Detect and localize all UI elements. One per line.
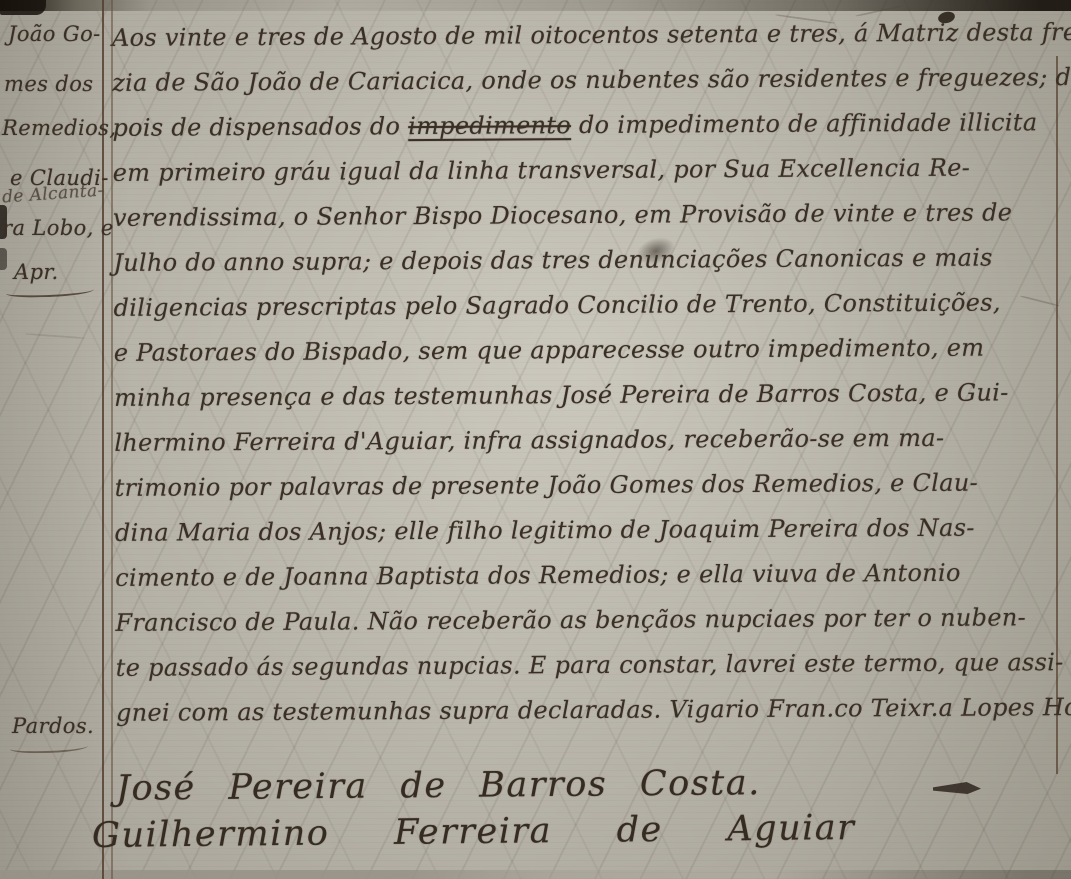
- record-line-03: pois de dispensados do impedimento do im…: [112, 108, 1062, 159]
- signature-witness-1: José Pereira de Barros Costa.: [116, 763, 761, 809]
- scanned-marriage-record-page: João Go- mes dos Remedios, e Claudi- de …: [0, 0, 1071, 879]
- margin-note-pardos: Pardos.: [12, 714, 94, 738]
- margin-note-groom: João Go-: [8, 22, 101, 46]
- margin-note-bride: Apr.: [14, 260, 59, 284]
- record-line-03-crossed-out-word: impedimento: [408, 111, 571, 140]
- margin-column: João Go- mes dos Remedios, e Claudi- de …: [0, 0, 102, 879]
- record-line-04: em primeiro gráu igual da linha transver…: [113, 153, 1063, 204]
- record-line-06: Julho do anno supra; e depois das tres d…: [113, 243, 1063, 294]
- record-line-05: verendissima, o Senhor Bispo Diocesano, …: [113, 198, 1063, 249]
- record-line-07: diligencias prescriptas pelo Sagrado Con…: [113, 288, 1063, 339]
- record-line-03-prefix: pois de dispensados do: [112, 112, 408, 142]
- record-line-11: trimonio por palavras de presente João G…: [115, 468, 1065, 519]
- scan-top-edge: [0, 0, 1071, 11]
- record-line-10: lhermino Ferreira d'Aguiar, infra assign…: [114, 423, 1064, 474]
- margin-flourish: [6, 285, 94, 298]
- margin-note-groom: Remedios,: [2, 116, 116, 140]
- scan-bottom-edge: [0, 870, 1071, 879]
- record-line-09: minha presença e das testemunhas José Pe…: [114, 378, 1064, 429]
- record-line-01: Aos vinte e tres de Agosto de mil oitoce…: [112, 18, 1062, 69]
- margin-flourish: [10, 741, 88, 753]
- ink-flourish-mark: [933, 782, 981, 794]
- record-body: Aos vinte e tres de Agosto de mil oitoce…: [112, 18, 1066, 744]
- margin-note-bride: ra Lobo, e: [2, 216, 114, 240]
- record-line-16: gnei com as testemunhas supra declaradas…: [116, 693, 1066, 744]
- record-line-02: zia de São João de Cariacica, onde os nu…: [112, 63, 1062, 114]
- record-line-08: e Pastoraes do Bispado, sem que apparece…: [114, 333, 1064, 384]
- record-line-15: te passado ás segundas nupcias. E para c…: [116, 648, 1066, 699]
- record-line-14: Francisco de Paula. Não receberão as ben…: [115, 603, 1065, 654]
- signature-witness-2: Guilhermino Ferreira de Aguiar: [92, 808, 856, 856]
- record-line-03-suffix: do impedimento de affinidade illicita: [571, 108, 1038, 139]
- record-line-12: dina Maria dos Anjos; elle filho legitim…: [115, 513, 1065, 564]
- record-line-13: cimento e de Joanna Baptista dos Remedio…: [115, 558, 1065, 609]
- margin-note-groom: mes dos: [4, 72, 93, 96]
